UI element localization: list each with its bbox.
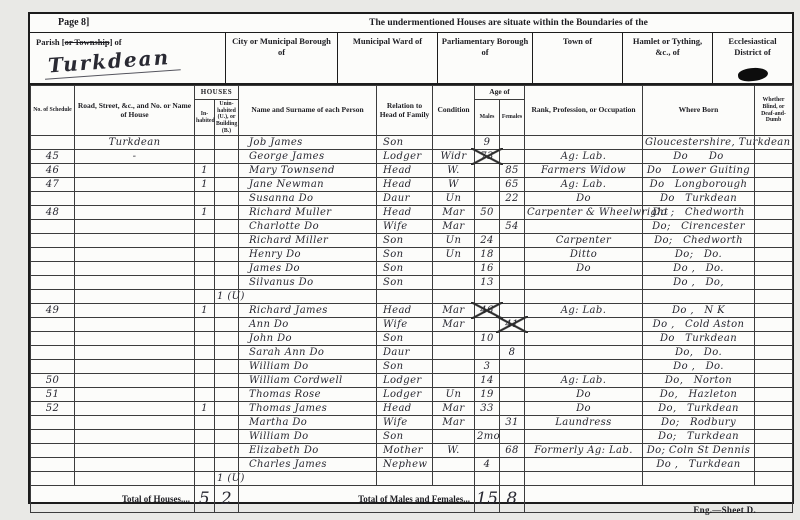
occupation-value: Do xyxy=(525,388,643,402)
age-male-value: 16 xyxy=(475,262,500,276)
age-female-value xyxy=(500,262,525,276)
houses-inhabited-mark xyxy=(195,374,215,388)
houses-inhabited-mark xyxy=(195,388,215,402)
age-female-value xyxy=(500,458,525,472)
houses-inhabited-mark xyxy=(195,458,215,472)
age-female-value xyxy=(500,248,525,262)
road-name xyxy=(75,220,195,234)
condition-value xyxy=(433,136,475,150)
age-male-value: 3 xyxy=(475,360,500,374)
houses-inhabited-mark: 1 xyxy=(195,206,215,220)
schedule-number: 49 xyxy=(31,304,75,318)
road-name xyxy=(75,178,195,192)
age-female-value: 41 xyxy=(500,318,525,332)
blind-deaf-value xyxy=(755,458,793,472)
where-born-value: Do , Turkdean xyxy=(643,458,755,472)
schedule-number xyxy=(31,262,75,276)
total-houses-label: Total of Houses.... xyxy=(31,486,195,513)
table-row: Ann Do Wife Mar 41 Do , Cold Aston xyxy=(31,318,793,332)
road-name xyxy=(75,332,195,346)
table-row: John Do Son 10 Do Turkdean xyxy=(31,332,793,346)
person-name: Mary Townsend xyxy=(239,164,377,178)
houses-uninhabited-mark xyxy=(215,178,239,192)
condition-value: Un xyxy=(433,248,475,262)
houses-inhabited-mark xyxy=(195,262,215,276)
where-born-value: Do; Rodbury xyxy=(643,416,755,430)
houses-uninhabited-mark xyxy=(215,248,239,262)
houses-uninhabited-mark xyxy=(215,388,239,402)
relation-to-head: Head xyxy=(377,164,433,178)
road-name xyxy=(75,416,195,430)
houses-uninhabited-mark xyxy=(215,416,239,430)
census-table: No. of Schedule Road, Street, &c., and N… xyxy=(30,85,793,513)
houses-uninhabited-mark xyxy=(215,206,239,220)
where-born-value: Do , Do, xyxy=(643,276,755,290)
where-born-value: Do ; Chedworth xyxy=(643,206,755,220)
houses-inhabited-mark xyxy=(195,444,215,458)
age-female-value xyxy=(500,472,525,486)
houses-inhabited-mark xyxy=(195,150,215,164)
parish-label-post: ] of xyxy=(110,37,122,47)
where-born-value: Do; Cirencester xyxy=(643,220,755,234)
table-row: William Do Son 3 Do , Do. xyxy=(31,360,793,374)
age-male-value: 2mo xyxy=(475,430,500,444)
table-row: Martha Do Wife Mar 31 Laundress Do; Rodb… xyxy=(31,416,793,430)
schedule-number xyxy=(31,136,75,150)
blind-deaf-value xyxy=(755,332,793,346)
relation-to-head: Wife xyxy=(377,318,433,332)
census-sheet: Page 8] The undermentioned Houses are si… xyxy=(28,12,794,504)
relation-to-head: Head xyxy=(377,206,433,220)
person-name: Martha Do xyxy=(239,416,377,430)
occupation-value xyxy=(525,458,643,472)
occupation-value: Carpenter xyxy=(525,234,643,248)
condition-value: Widr xyxy=(433,150,475,164)
census-table-body: Turkdean Job James Son 9 Gloucestershire… xyxy=(31,136,793,486)
schedule-number: 47 xyxy=(31,178,75,192)
person-name: Richard Muller xyxy=(239,206,377,220)
table-row: 1 (U) xyxy=(31,290,793,304)
blind-deaf-value xyxy=(755,318,793,332)
person-name: William Do xyxy=(239,360,377,374)
where-born-value: Do, Do. xyxy=(643,346,755,360)
relation-to-head: Son xyxy=(377,234,433,248)
age-male-value xyxy=(475,192,500,206)
condition-value xyxy=(433,346,475,360)
location-header: Parish [or Township] of Turkdean City or… xyxy=(30,33,792,85)
person-name: James Do xyxy=(239,262,377,276)
houses-inhabited-mark xyxy=(195,290,215,304)
schedule-number xyxy=(31,346,75,360)
where-born-value: Gloucestershire, Turkdean xyxy=(643,136,755,150)
relation-to-head: Head xyxy=(377,178,433,192)
table-row: 51 Thomas Rose Lodger Un 19 Do Do, Hazle… xyxy=(31,388,793,402)
where-born-value: Do Turkdean xyxy=(643,332,755,346)
where-born-value: Do; Turkdean xyxy=(643,430,755,444)
person-name: Charles James xyxy=(239,458,377,472)
schedule-number xyxy=(31,472,75,486)
schedule-number xyxy=(31,318,75,332)
condition-value xyxy=(433,374,475,388)
occupation-value xyxy=(525,276,643,290)
header-age-group: Age of xyxy=(475,86,525,100)
blind-deaf-value xyxy=(755,430,793,444)
houses-inhabited-mark: 1 xyxy=(195,178,215,192)
condition-value: Mar xyxy=(433,416,475,430)
header-inhabited: In-habited xyxy=(195,100,215,136)
schedule-number: 46 xyxy=(31,164,75,178)
houses-inhabited-mark xyxy=(195,234,215,248)
relation-to-head: Son xyxy=(377,262,433,276)
occupation-value: Ag: Lab. xyxy=(525,374,643,388)
age-female-value xyxy=(500,332,525,346)
occupation-value: Ditto xyxy=(525,248,643,262)
relation-to-head: Son xyxy=(377,136,433,150)
occupation-value: Formerly Ag: Lab. xyxy=(525,444,643,458)
sheet-footer-note: Eng.—Sheet D. xyxy=(693,505,756,515)
schedule-number xyxy=(31,458,75,472)
person-name: Henry Do xyxy=(239,248,377,262)
age-female-value xyxy=(500,150,525,164)
age-female-value: 31 xyxy=(500,416,525,430)
table-row: James Do Son 16 Do Do , Do. xyxy=(31,262,793,276)
age-female-value xyxy=(500,388,525,402)
road-name xyxy=(75,360,195,374)
person-name xyxy=(239,472,377,486)
relation-to-head: Son xyxy=(377,332,433,346)
relation-to-head xyxy=(377,290,433,304)
houses-uninhabited-mark xyxy=(215,164,239,178)
where-born-value: Do; Do. xyxy=(643,248,755,262)
age-male-value xyxy=(475,318,500,332)
relation-to-head: Son xyxy=(377,276,433,290)
road-name xyxy=(75,304,195,318)
houses-uninhabited-mark xyxy=(215,136,239,150)
header-houses-group: HOUSES xyxy=(195,86,239,100)
houses-inhabited-mark xyxy=(195,430,215,444)
houses-uninhabited-mark xyxy=(215,374,239,388)
schedule-number: 52 xyxy=(31,402,75,416)
age-male-value: 73 xyxy=(475,150,500,164)
table-row: Richard Miller Son Un 24 Carpenter Do; C… xyxy=(31,234,793,248)
town-cell: Town of xyxy=(532,33,622,83)
blind-deaf-value xyxy=(755,304,793,318)
relation-to-head: Son xyxy=(377,430,433,444)
houses-inhabited-mark xyxy=(195,346,215,360)
age-male-value: 4 xyxy=(475,458,500,472)
total-houses-uninhabited: 2 xyxy=(215,486,239,513)
relation-to-head: Wife xyxy=(377,416,433,430)
condition-value: Mar xyxy=(433,206,475,220)
condition-value: Un xyxy=(433,234,475,248)
age-male-value: 33 xyxy=(475,402,500,416)
schedule-number xyxy=(31,192,75,206)
person-name: Elizabeth Do xyxy=(239,444,377,458)
condition-value: Mar xyxy=(433,220,475,234)
condition-value xyxy=(433,332,475,346)
table-row: 45 - George James Lodger Widr 73 Ag: Lab… xyxy=(31,150,793,164)
houses-inhabited-mark xyxy=(195,318,215,332)
ink-blot xyxy=(737,66,768,82)
relation-to-head: Nephew xyxy=(377,458,433,472)
person-name: Thomas James xyxy=(239,402,377,416)
age-male-value: 19 xyxy=(475,388,500,402)
total-males: 15 xyxy=(475,486,500,513)
schedule-number xyxy=(31,234,75,248)
blind-deaf-value xyxy=(755,416,793,430)
houses-inhabited-mark xyxy=(195,472,215,486)
person-name: Charlotte Do xyxy=(239,220,377,234)
age-male-value xyxy=(475,290,500,304)
houses-inhabited-mark: 1 xyxy=(195,402,215,416)
total-houses-inhabited: 5 xyxy=(195,486,215,513)
houses-uninhabited-mark xyxy=(215,262,239,276)
person-name: Thomas Rose xyxy=(239,388,377,402)
relation-to-head: Lodger xyxy=(377,150,433,164)
road-name xyxy=(75,430,195,444)
occupation-value: Carpenter & Wheelwright xyxy=(525,206,643,220)
where-born-value: Do, Turkdean xyxy=(643,402,755,416)
relation-to-head: Lodger xyxy=(377,388,433,402)
age-female-value: 85 xyxy=(500,164,525,178)
occupation-value: Farmers Widow xyxy=(525,164,643,178)
schedule-number xyxy=(31,444,75,458)
top-band: Page 8] The undermentioned Houses are si… xyxy=(30,14,792,33)
schedule-number xyxy=(31,290,75,304)
condition-value: Mar xyxy=(433,318,475,332)
road-name: Turkdean xyxy=(75,136,195,150)
road-name xyxy=(75,444,195,458)
table-row: William Do Son 2mo Do; Turkdean xyxy=(31,430,793,444)
blind-deaf-value xyxy=(755,388,793,402)
totals-row: Total of Houses.... 5 2 Total of Males a… xyxy=(31,486,793,513)
where-born-value: Do Do xyxy=(643,150,755,164)
houses-inhabited-mark xyxy=(195,416,215,430)
condition-value xyxy=(433,430,475,444)
condition-value: W xyxy=(433,178,475,192)
schedule-number xyxy=(31,360,75,374)
schedule-number xyxy=(31,276,75,290)
occupation-value: Do xyxy=(525,192,643,206)
person-name: William Do xyxy=(239,430,377,444)
schedule-number: 48 xyxy=(31,206,75,220)
age-male-value xyxy=(475,416,500,430)
occupation-value: Ag: Lab. xyxy=(525,178,643,192)
relation-to-head: Mother xyxy=(377,444,433,458)
occupation-value xyxy=(525,290,643,304)
schedule-number xyxy=(31,220,75,234)
blind-deaf-value xyxy=(755,206,793,220)
age-female-value xyxy=(500,276,525,290)
blind-deaf-value xyxy=(755,234,793,248)
age-male-value: 50 xyxy=(475,206,500,220)
header-name: Name and Surname of each Person xyxy=(239,86,377,136)
occupation-value xyxy=(525,430,643,444)
table-row: Silvanus Do Son 13 Do , Do, xyxy=(31,276,793,290)
where-born-value: Do , Cold Aston xyxy=(643,318,755,332)
schedule-number: 50 xyxy=(31,374,75,388)
where-born-value: Do Turkdean xyxy=(643,192,755,206)
road-name xyxy=(75,248,195,262)
blind-deaf-value xyxy=(755,192,793,206)
schedule-number xyxy=(31,332,75,346)
road-name xyxy=(75,374,195,388)
relation-to-head: Daur xyxy=(377,346,433,360)
page-number: Page 8] xyxy=(30,14,225,32)
houses-uninhabited-mark xyxy=(215,318,239,332)
road-name: - xyxy=(75,150,195,164)
condition-value: Un xyxy=(433,192,475,206)
blind-deaf-value xyxy=(755,164,793,178)
age-female-value xyxy=(500,402,525,416)
houses-uninhabited-mark xyxy=(215,444,239,458)
road-name xyxy=(75,206,195,220)
where-born-value: Do , N K xyxy=(643,304,755,318)
occupation-value xyxy=(525,318,643,332)
age-female-value xyxy=(500,360,525,374)
person-name: Job James xyxy=(239,136,377,150)
age-male-value: 18 xyxy=(475,248,500,262)
where-born-value: Do; Coln St Dennis xyxy=(643,444,755,458)
header-condition: Condition xyxy=(433,86,475,136)
condition-value: Mar xyxy=(433,402,475,416)
table-row: Susanna Do Daur Un 22 Do Do Turkdean xyxy=(31,192,793,206)
age-male-value: 10 xyxy=(475,332,500,346)
road-name xyxy=(75,290,195,304)
age-female-value: 22 xyxy=(500,192,525,206)
age-female-value xyxy=(500,374,525,388)
houses-uninhabited-mark: 1 (U) xyxy=(215,472,239,486)
occupation-value xyxy=(525,220,643,234)
occupation-value xyxy=(525,136,643,150)
road-name xyxy=(75,164,195,178)
road-name xyxy=(75,458,195,472)
relation-to-head xyxy=(377,472,433,486)
table-row: 1 (U) xyxy=(31,472,793,486)
relation-to-head: Wife xyxy=(377,220,433,234)
houses-uninhabited-mark xyxy=(215,220,239,234)
age-female-value xyxy=(500,234,525,248)
person-name: William Cordwell xyxy=(239,374,377,388)
relation-to-head: Son xyxy=(377,248,433,262)
where-born-value: Do , Do. xyxy=(643,262,755,276)
condition-value: Mar xyxy=(433,304,475,318)
houses-uninhabited-mark xyxy=(215,150,239,164)
person-name: Sarah Ann Do xyxy=(239,346,377,360)
where-born-value: Do Longborough xyxy=(643,178,755,192)
total-males-females-label: Total of Males and Females... xyxy=(239,486,475,513)
ecclesiastical-cell: Ecclesiastical District of xyxy=(712,33,792,83)
occupation-value: Ag: Lab. xyxy=(525,150,643,164)
relation-to-head: Head xyxy=(377,402,433,416)
houses-inhabited-mark: 1 xyxy=(195,164,215,178)
header-age-females: Females xyxy=(500,100,525,136)
table-header: No. of Schedule Road, Street, &c., and N… xyxy=(31,86,793,136)
person-name: Jane Newman xyxy=(239,178,377,192)
blind-deaf-value xyxy=(755,276,793,290)
occupation-value xyxy=(525,360,643,374)
where-born-value: Do, Norton xyxy=(643,374,755,388)
city-borough-cell: City or Municipal Borough of xyxy=(225,33,337,83)
condition-value xyxy=(433,360,475,374)
age-male-value xyxy=(475,472,500,486)
age-female-value: 68 xyxy=(500,444,525,458)
schedule-number: 45 xyxy=(31,150,75,164)
person-name: Susanna Do xyxy=(239,192,377,206)
age-female-value: 65 xyxy=(500,178,525,192)
houses-uninhabited-mark xyxy=(215,360,239,374)
age-male-value xyxy=(475,444,500,458)
blind-deaf-value xyxy=(755,360,793,374)
header-schedule: No. of Schedule xyxy=(31,86,75,136)
person-name: Ann Do xyxy=(239,318,377,332)
blind-deaf-value xyxy=(755,290,793,304)
person-name: Richard James xyxy=(239,304,377,318)
road-name xyxy=(75,318,195,332)
where-born-value xyxy=(643,290,755,304)
table-row: Sarah Ann Do Daur 8 Do, Do. xyxy=(31,346,793,360)
houses-uninhabited-mark xyxy=(215,276,239,290)
parliamentary-borough-cell: Parliamentary Borough of xyxy=(437,33,532,83)
table-row: Henry Do Son Un 18 Ditto Do; Do. xyxy=(31,248,793,262)
condition-value xyxy=(433,458,475,472)
road-name xyxy=(75,276,195,290)
houses-uninhabited-mark xyxy=(215,430,239,444)
houses-uninhabited-mark: 1 (U) xyxy=(215,290,239,304)
age-male-value: 14 xyxy=(475,374,500,388)
table-row: Charlotte Do Wife Mar 54 Do; Cirencester xyxy=(31,220,793,234)
schedule-number xyxy=(31,430,75,444)
houses-uninhabited-mark xyxy=(215,402,239,416)
where-born-value: Do Lower Guiting xyxy=(643,164,755,178)
houses-uninhabited-mark xyxy=(215,458,239,472)
person-name: John Do xyxy=(239,332,377,346)
road-name xyxy=(75,234,195,248)
age-female-value xyxy=(500,290,525,304)
occupation-value xyxy=(525,332,643,346)
total-females: 8 xyxy=(500,486,525,513)
age-male-value xyxy=(475,178,500,192)
houses-inhabited-mark: 1 xyxy=(195,304,215,318)
age-male-value xyxy=(475,220,500,234)
age-male-value xyxy=(475,346,500,360)
table-row: 47 1 Jane Newman Head W 65 Ag: Lab. Do L… xyxy=(31,178,793,192)
table-row: 46 1 Mary Townsend Head W. 85 Farmers Wi… xyxy=(31,164,793,178)
where-born-value xyxy=(643,472,755,486)
road-name xyxy=(75,402,195,416)
condition-value: W. xyxy=(433,164,475,178)
road-name xyxy=(75,388,195,402)
parish-label-struck: or Township xyxy=(65,37,110,47)
header-relation: Relation to Head of Family xyxy=(377,86,433,136)
relation-to-head: Lodger xyxy=(377,374,433,388)
blind-deaf-value xyxy=(755,248,793,262)
where-born-value: Do, Hazleton xyxy=(643,388,755,402)
road-name xyxy=(75,472,195,486)
table-row: Turkdean Job James Son 9 Gloucestershire… xyxy=(31,136,793,150)
age-female-value: 54 xyxy=(500,220,525,234)
condition-value xyxy=(433,262,475,276)
header-road: Road, Street, &c., and No. or Name of Ho… xyxy=(75,86,195,136)
age-female-value: 8 xyxy=(500,346,525,360)
table-row: Charles James Nephew 4 Do , Turkdean xyxy=(31,458,793,472)
sheet-title: The undermentioned Houses are situate wi… xyxy=(225,14,792,32)
age-male-value xyxy=(475,164,500,178)
ecclesiastical-label: Ecclesiastical District of xyxy=(728,36,776,57)
blind-deaf-value xyxy=(755,150,793,164)
houses-inhabited-mark xyxy=(195,248,215,262)
header-born: Where Born xyxy=(643,86,755,136)
